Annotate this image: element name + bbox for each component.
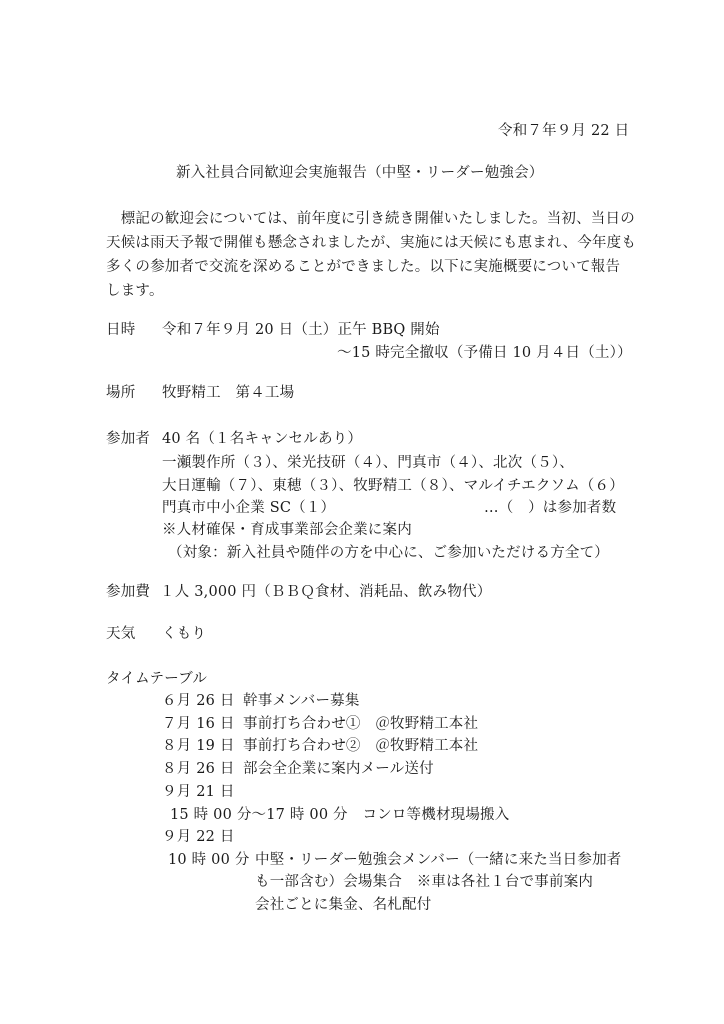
- venue-value: 牧野精工 第４工場: [162, 384, 294, 402]
- participants-note: …（ ）は参加者数: [484, 499, 616, 517]
- weather-value: くもり: [162, 625, 206, 643]
- timetable-sep22-date: ９月 22 日: [162, 828, 235, 846]
- timetable-date: ７月 16 日: [162, 715, 235, 733]
- timetable-date: ９月 21 日: [162, 783, 235, 801]
- participants-companies: 一瀬製作所（３）、栄光技研（４）、門真市（４）、北次（５）、: [162, 454, 574, 472]
- timetable-desc: 事前打ち合わせ② ＠牧野精工本社: [243, 737, 478, 755]
- participants-count: 40 名（１名キャンセルあり）: [162, 430, 362, 448]
- timetable-date: ６月 26 日: [162, 692, 235, 710]
- intro-line: 標記の歓迎会については、前年度に引き続き開催いたしました。当初、当日の: [106, 210, 635, 228]
- timetable-label: タイムテーブル: [106, 670, 207, 688]
- timetable-sep22-desc: 中堅・リーダー勉強会メンバー（一緒に来た当日参加者: [255, 851, 621, 869]
- timetable-desc: 事前打ち合わせ① ＠牧野精工本社: [243, 715, 478, 733]
- timetable-sep22-desc: 会社ごとに集金、名札配付: [255, 896, 431, 914]
- timetable-sep22-time: 10 時 00 分: [168, 851, 250, 869]
- timetable-date: ８月 19 日: [162, 737, 235, 755]
- document-date: 令和７年９月 22 日: [498, 122, 629, 140]
- participants-companies: 門真市中小企業 SC（１）: [162, 499, 335, 517]
- timetable-desc: 部会全企業に案内メール送付: [243, 760, 434, 778]
- timetable-date: ８月 26 日: [162, 760, 235, 778]
- intro-line: 多くの参加者で交流を深めることができました。以下に実施概要について報告: [106, 258, 620, 276]
- fee-value: １人 3,000 円（ＢＢＱ食材、消耗品、飲み物代）: [160, 583, 491, 601]
- participants-label: 参加者: [106, 430, 150, 448]
- intro-line: 天候は雨天予報で開催も懸念されましたが、実施には天候にも恵まれ、今年度も: [106, 234, 636, 252]
- fee-label: 参加費: [106, 583, 150, 601]
- schedule-line-2: ～15 時完全撤収（予備日 10 月４日（土））: [337, 344, 632, 362]
- participants-target: （対象：新入社員や随伴の方を中心に、ご参加いただける方全て）: [168, 544, 609, 562]
- timetable-sep21-detail: 15 時 00 分～17 時 00 分 コンロ等機材現場搬入: [170, 806, 509, 824]
- schedule-line-1: 令和７年９月 20 日（土）正午 BBQ 開始: [162, 321, 440, 339]
- weather-label: 天気: [106, 625, 135, 643]
- venue-label: 場所: [106, 384, 135, 402]
- document-title: 新入社員合同歓迎会実施報告（中堅・リーダー勉強会）: [176, 164, 544, 182]
- participants-companies: 大日運輸（７）、東穂（３）、牧野精工（８）、マルイチエクソム（６）: [162, 477, 624, 495]
- timetable-sep22-desc: も一部含む）会場集合 ※車は各社１台で事前案内: [255, 873, 593, 891]
- schedule-label: 日時: [106, 321, 135, 339]
- participants-invite-note: ※人材確保・育成事業部会企業に案内: [162, 521, 412, 539]
- intro-line: します。: [106, 282, 164, 300]
- timetable-desc: 幹事メンバー募集: [243, 692, 360, 710]
